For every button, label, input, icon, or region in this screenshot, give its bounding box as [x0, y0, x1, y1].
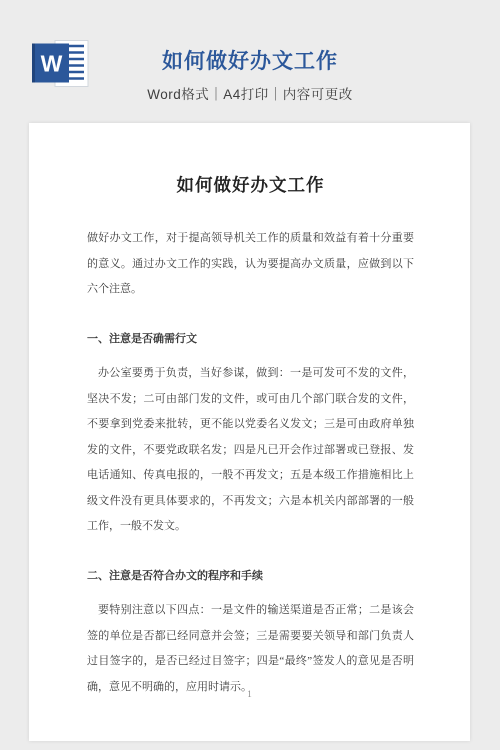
- section-heading: 一、注意是否确需行文: [87, 327, 414, 353]
- body-paragraph: 要特别注意以下四点：一是文件的输送渠道是否正常；二是该会签的单位是否都已经同意并…: [87, 598, 414, 700]
- body-paragraph: 做好办文工作，对于提高领导机关工作的质量和效益有着十分重要的意义。通过办文工作的…: [87, 226, 414, 303]
- document-body: 做好办文工作，对于提高领导机关工作的质量和效益有着十分重要的意义。通过办文工作的…: [87, 226, 414, 700]
- page-title: 如何做好办文工作: [0, 45, 500, 75]
- body-paragraph: 办公室要勇于负责，当好参谋，做到：一是可发可不发的文件，坚决不发；二可由部门发的…: [87, 361, 414, 540]
- page-number: 1: [29, 689, 470, 699]
- section-heading: 二、注意是否符合办文的程序和手续: [87, 564, 414, 590]
- document-title: 如何做好办文工作: [87, 172, 414, 198]
- document-content: 如何做好办文工作 做好办文工作，对于提高领导机关工作的质量和效益有着十分重要的意…: [87, 172, 414, 700]
- document-page: 如何做好办文工作 做好办文工作，对于提高领导机关工作的质量和效益有着十分重要的意…: [29, 123, 470, 741]
- page-subtitle: Word格式｜A4打印｜内容可更改: [0, 83, 500, 103]
